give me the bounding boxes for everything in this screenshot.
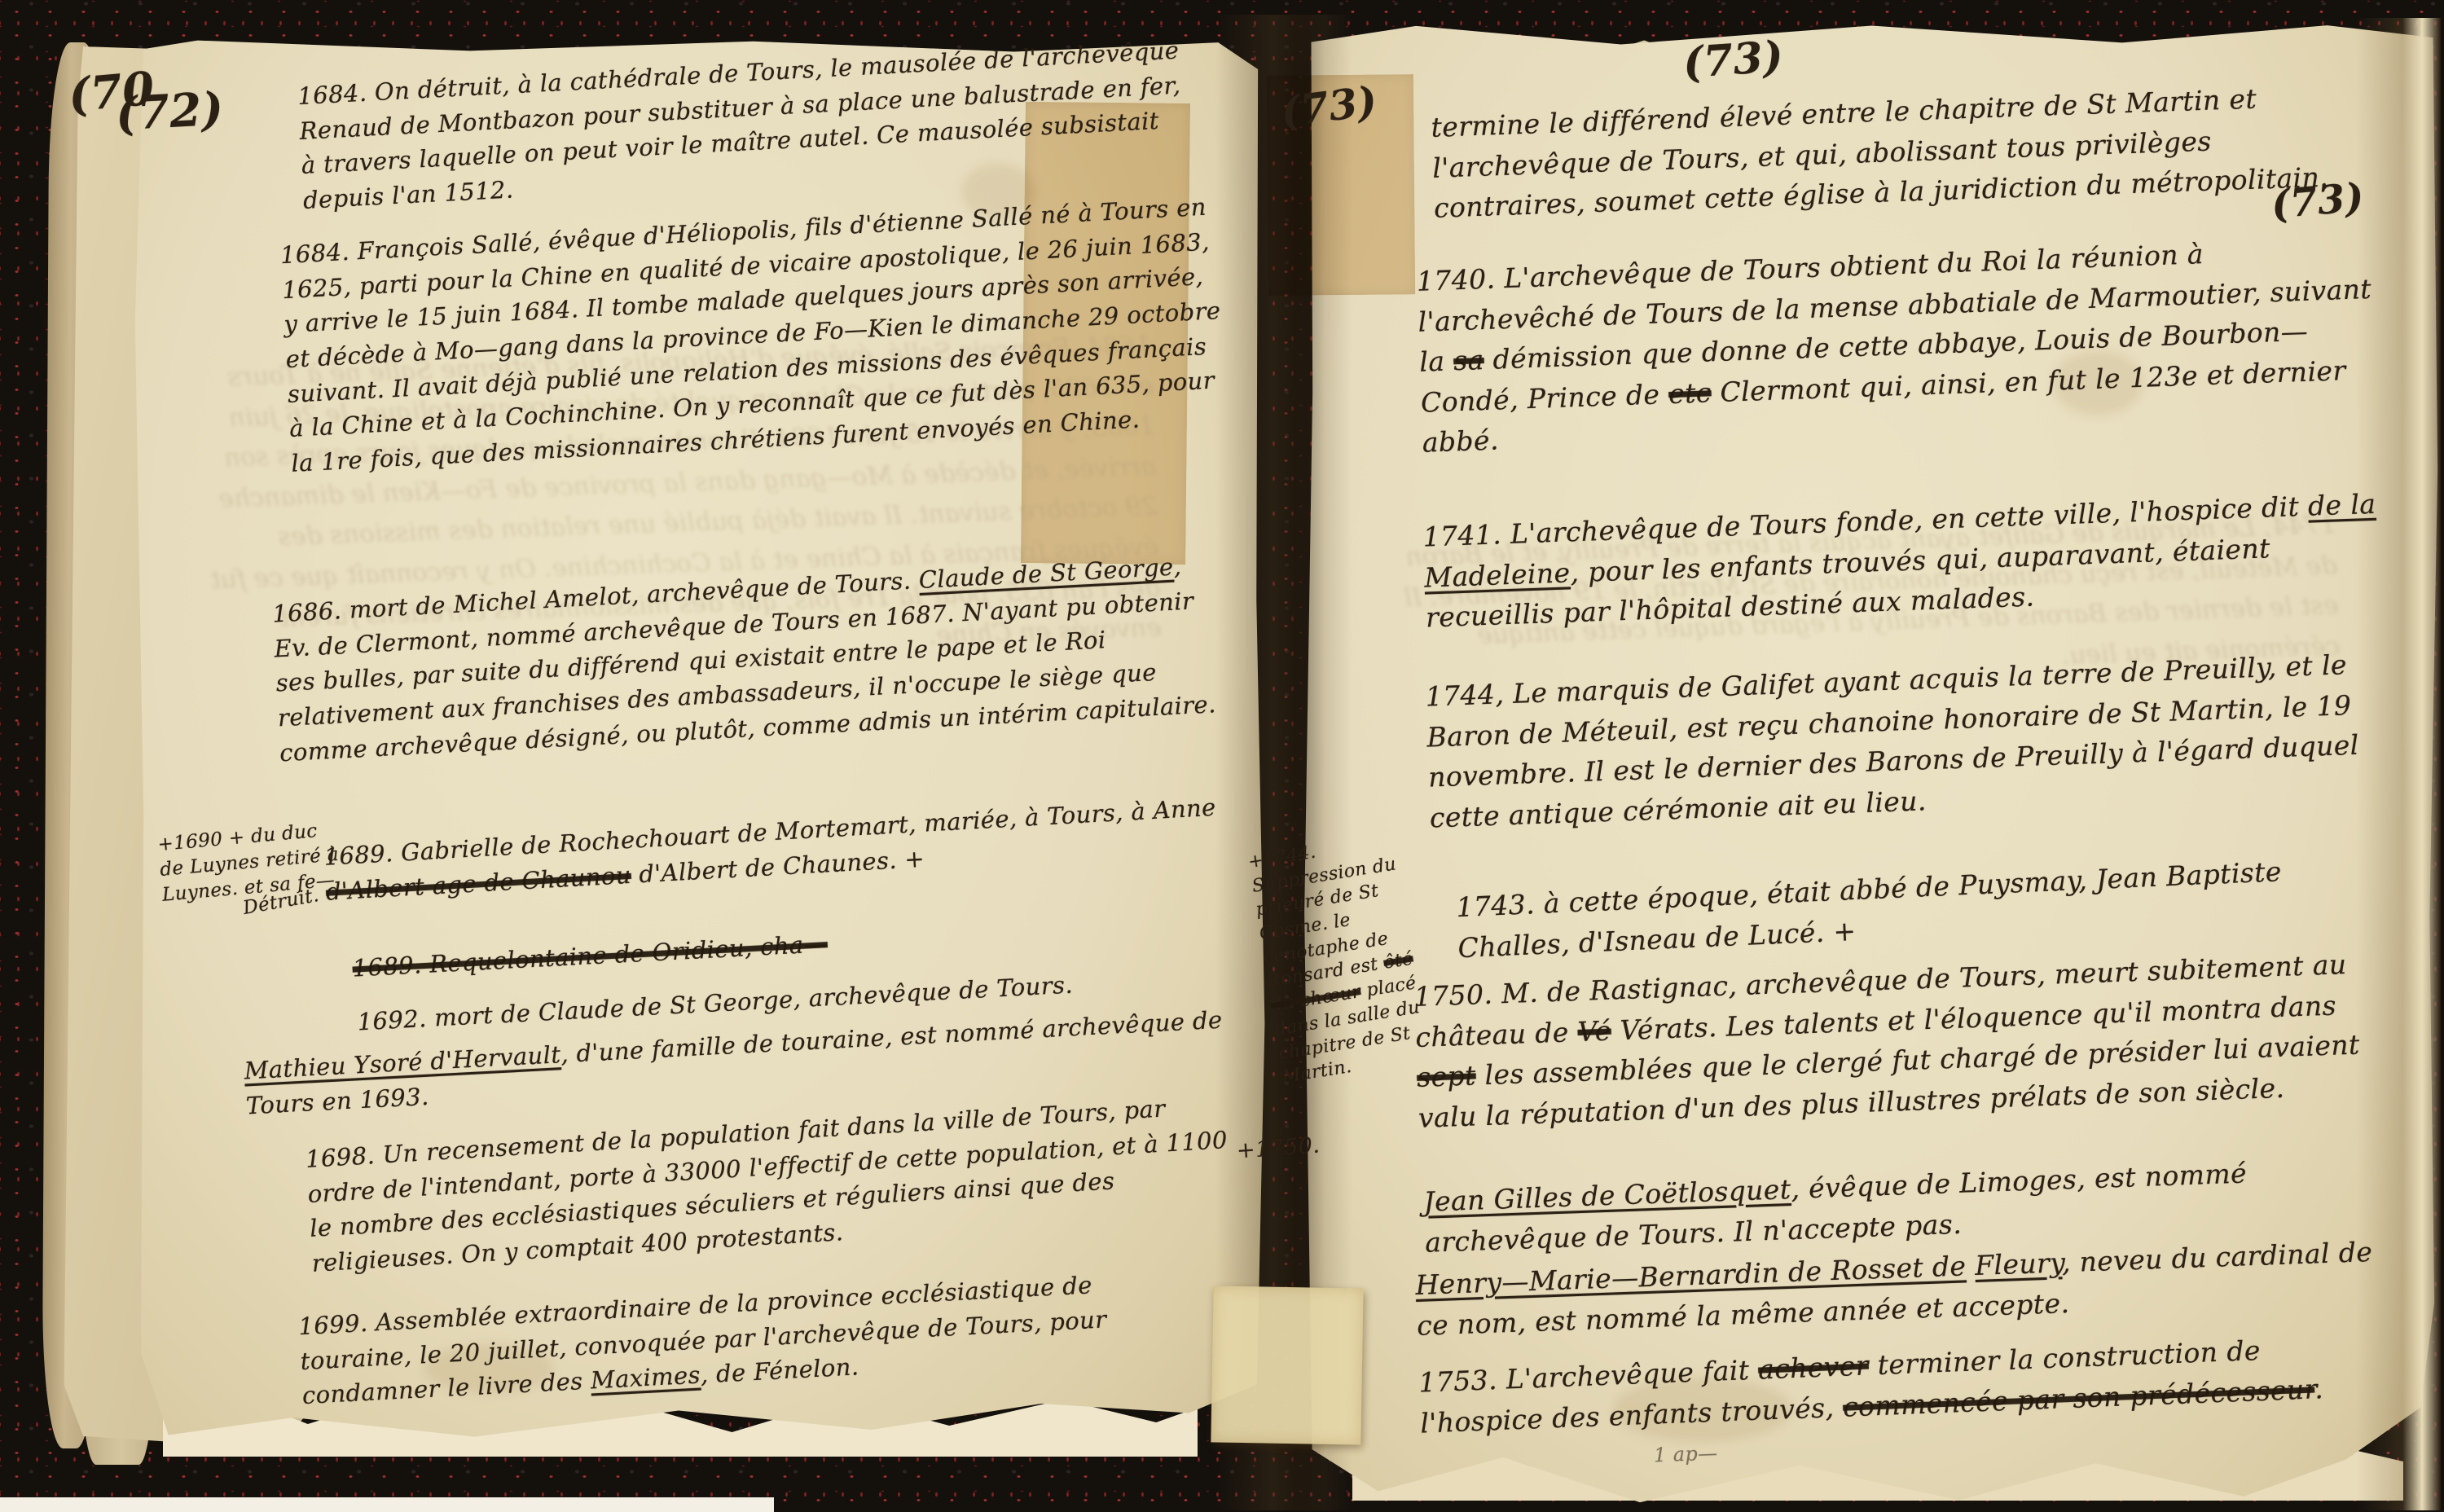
manuscript-book-scan: 1684. François Sallé, évêque d'Héliopoli… [0,0,2444,1512]
entry-1750-rastignac: 1750. M. de Rastignac, archevêque de Tou… [1413,943,2396,1138]
entry-1740-marmoutier: 1740. L'archevêque de Tours obtient du R… [1416,227,2392,463]
margin-note-1750: +1750. [1236,1131,1321,1166]
tape-patch-right-page-bottom [1211,1286,1363,1444]
entry-1744-galifet: 1744, Le marquis de Galifet ayant acquis… [1425,643,2391,837]
page-number-right-margin: (73) [1277,71,1381,142]
page-number-right-top: (73) [1681,26,1785,95]
page-number-left: (72) [114,76,226,148]
entry-1684-sallé: 1684. François Sallé, évêque d'Héliopoli… [279,189,1228,481]
scan-edge-strip [0,1497,774,1512]
catchword: 1 ap— [1653,1439,1718,1470]
